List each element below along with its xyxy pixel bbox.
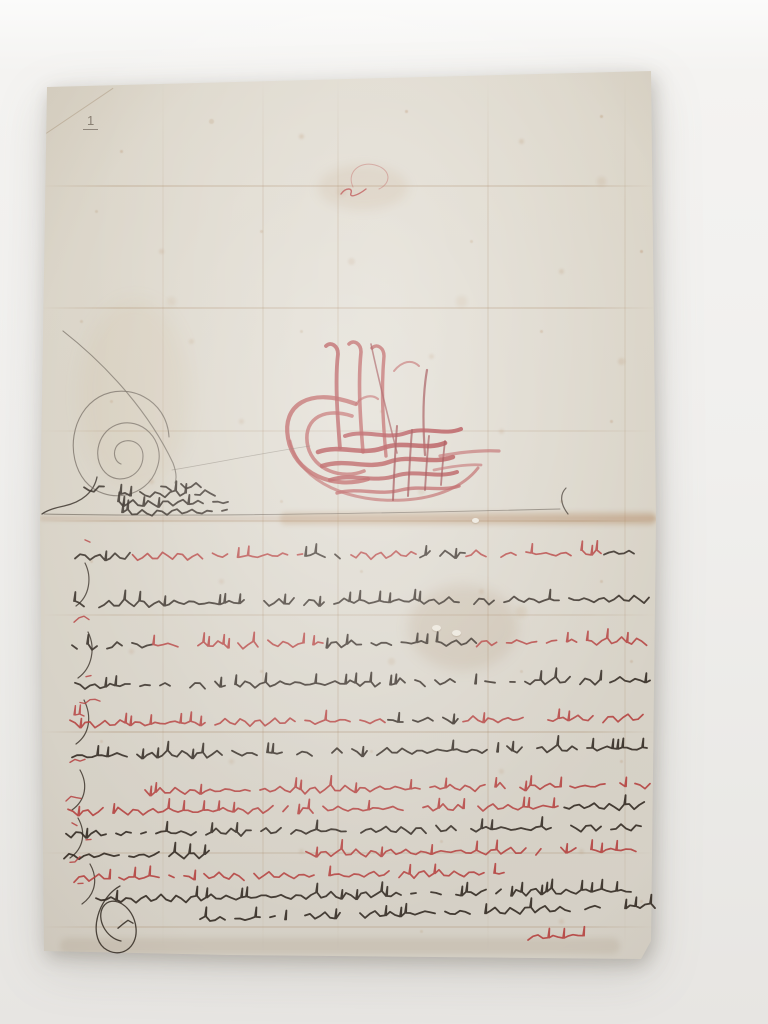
folio-number-label: 1 [83,113,98,130]
foxing-speckles [0,0,3,3]
paper-vignette [0,0,768,1024]
document-photo: 1 [0,0,768,1024]
paper-shadow: 1 [0,0,768,1024]
paper-sheet: 1 [0,0,768,1024]
